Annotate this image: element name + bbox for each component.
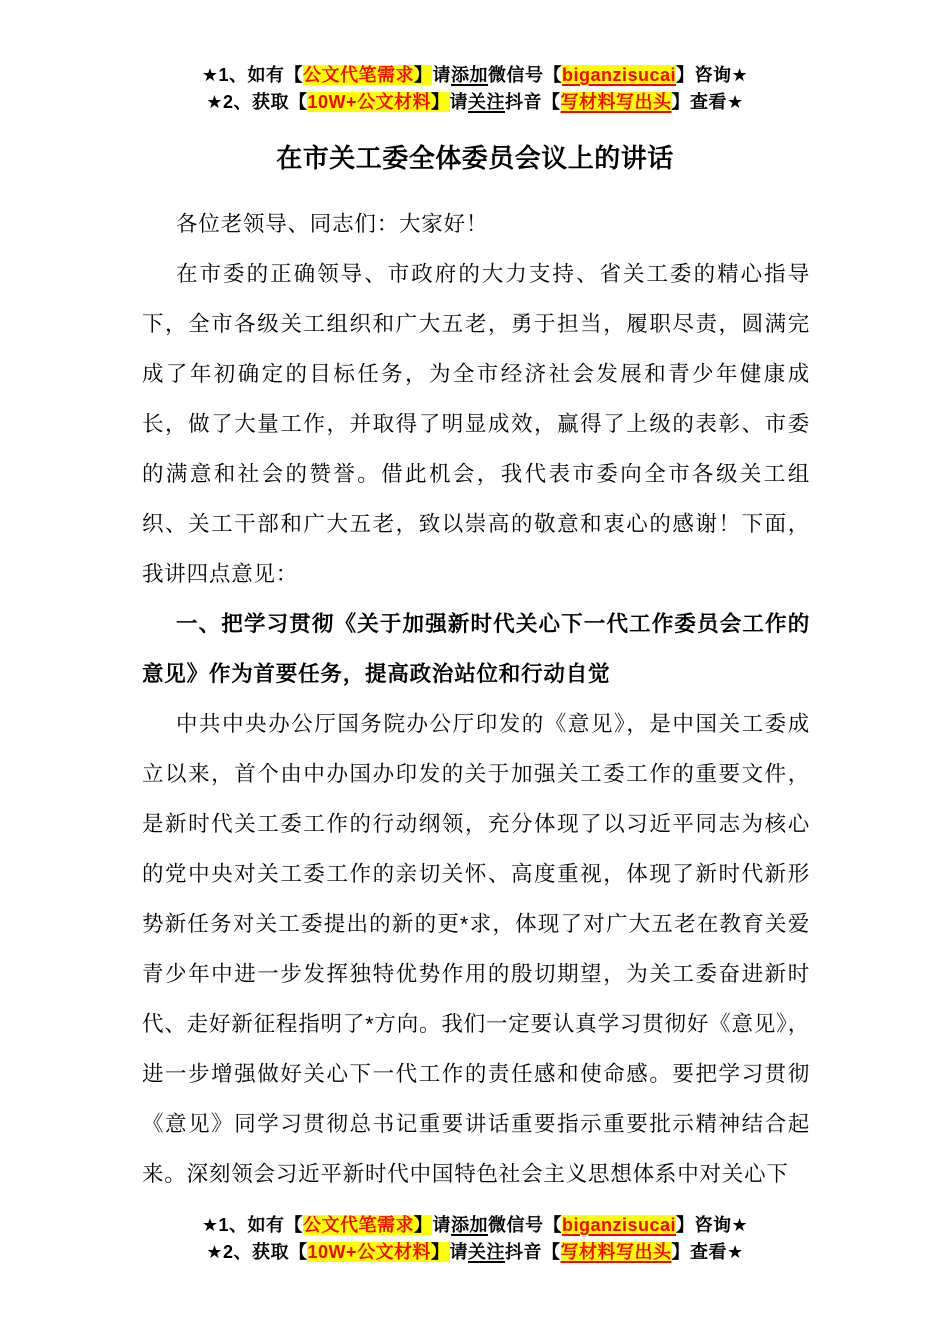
promo-highlight-materials: 10W+公文材料 [307, 92, 431, 112]
promo-banner-bottom: ★1、如有【公文代笔需求】请添加微信号【biganzisucai】咨询★ ★2、… [0, 1212, 950, 1266]
promo-segment: ★1、如有【 [202, 65, 303, 85]
promo-segment: ★2、获取【 [206, 1242, 307, 1262]
document-title: 在市关工委全体委员会议上的讲话 [0, 138, 950, 178]
section-heading-1: 一、把学习贯彻《关于加强新时代关心下一代工作委员会工作的意见》作为首要任务，提高… [142, 599, 810, 699]
promo-line-1: ★1、如有【公文代笔需求】请添加微信号【biganzisucai】咨询★ [0, 62, 950, 89]
promo-segment: 微信号【 [488, 1215, 562, 1235]
promo-douyin-name: 写材料写出头 [561, 1242, 672, 1262]
promo-bracket: 】 [431, 1242, 450, 1262]
promo-segment: 】咨询★ [676, 65, 748, 85]
promo-douyin-name: 写材料写出头 [561, 92, 672, 112]
promo-line-2: ★2、获取【10W+公文材料】请关注抖音【写材料写出头】查看★ [0, 89, 950, 116]
promo-segment: 请 [432, 65, 451, 85]
promo-bracket: 】 [414, 1215, 433, 1235]
paragraph-section-1-body: 中共中央办公厅国务院办公厅印发的《意见》，是中国关工委成立以来，首个由中办国办印… [142, 699, 810, 1199]
document-body: 各位老领导、同志们：大家好！ 在市委的正确领导、市政府的大力支持、省关工委的精心… [142, 199, 810, 1199]
promo-segment: 抖音【 [505, 1242, 561, 1262]
promo-underline-add: 添加 [451, 1215, 488, 1235]
promo-line-2: ★2、获取【10W+公文材料】请关注抖音【写材料写出头】查看★ [0, 1239, 950, 1266]
promo-segment: ★2、获取【 [206, 92, 307, 112]
promo-segment: 请 [432, 1215, 451, 1235]
paragraph-intro: 在市委的正确领导、市政府的大力支持、省关工委的精心指导下，全市各级关工组织和广大… [142, 249, 810, 599]
promo-wechat-id: biganzisucai [562, 1215, 676, 1235]
promo-banner-top: ★1、如有【公文代笔需求】请添加微信号【biganzisucai】咨询★ ★2、… [0, 62, 950, 116]
promo-segment: 请 [450, 92, 469, 112]
promo-underline-follow: 关注 [468, 1242, 505, 1262]
promo-segment: ★1、如有【 [202, 1215, 303, 1235]
promo-bracket: 】 [431, 92, 450, 112]
promo-segment: 抖音【 [505, 92, 561, 112]
promo-wechat-id: biganzisucai [562, 65, 676, 85]
promo-highlight-materials: 10W+公文材料 [307, 1242, 431, 1262]
promo-underline-follow: 关注 [468, 92, 505, 112]
promo-segment: 请 [450, 1242, 469, 1262]
promo-underline-add: 添加 [451, 65, 488, 85]
promo-segment: 】咨询★ [676, 1215, 748, 1235]
promo-segment: 】查看★ [672, 1242, 744, 1262]
promo-bracket: 】 [414, 65, 433, 85]
paragraph-greeting: 各位老领导、同志们：大家好！ [142, 199, 810, 249]
document-page: ★1、如有【公文代笔需求】请添加微信号【biganzisucai】咨询★ ★2、… [0, 0, 950, 1344]
promo-highlight-service: 公文代笔需求 [303, 65, 414, 85]
promo-highlight-service: 公文代笔需求 [303, 1215, 414, 1235]
promo-segment: 微信号【 [488, 65, 562, 85]
promo-segment: 】查看★ [672, 92, 744, 112]
promo-line-1: ★1、如有【公文代笔需求】请添加微信号【biganzisucai】咨询★ [0, 1212, 950, 1239]
